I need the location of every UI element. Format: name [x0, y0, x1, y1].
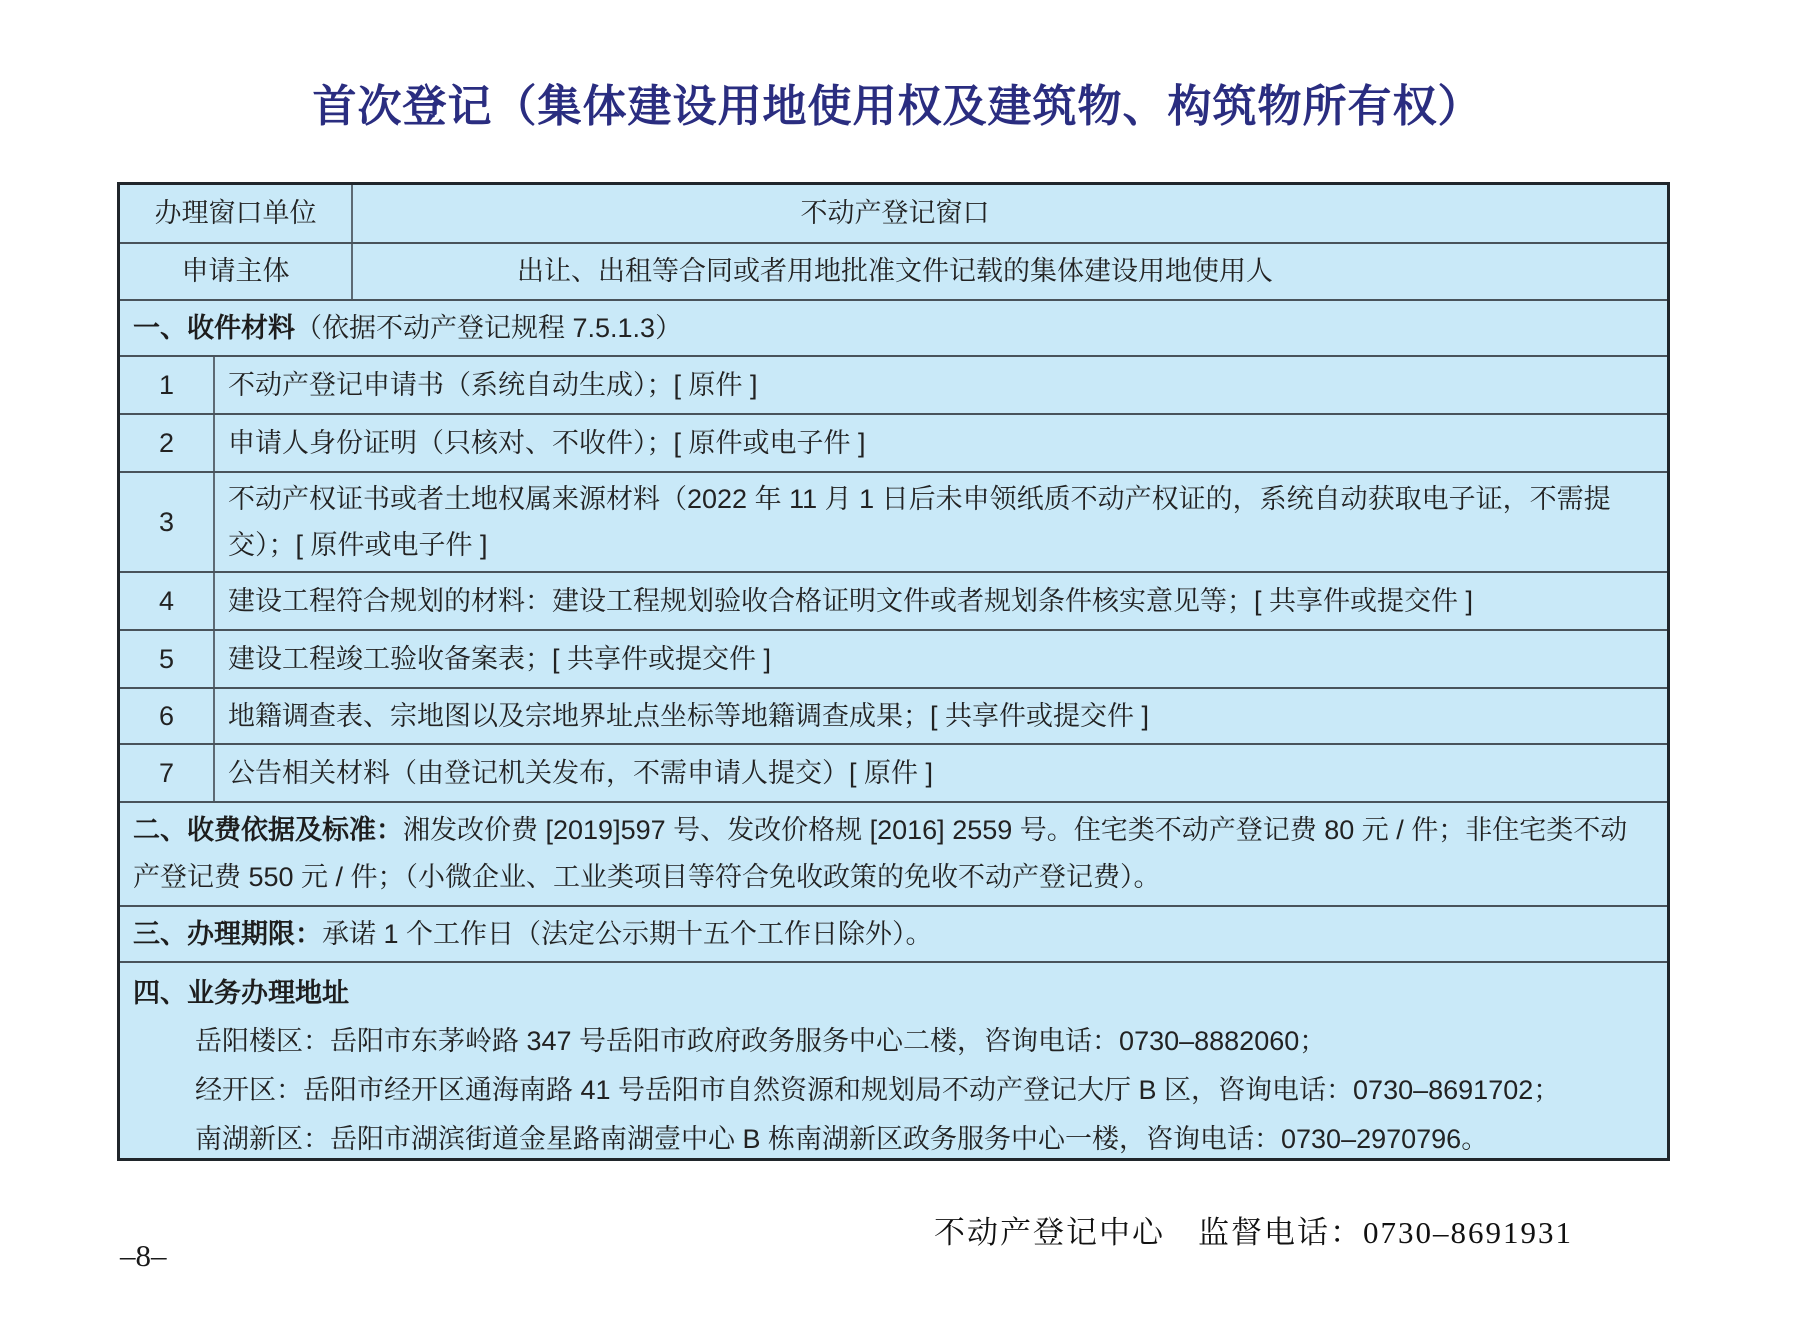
table-row-material-4: 4 建设工程符合规划的材料：建设工程规划验收合格证明文件或者规划条件核实意见等；… [120, 571, 1667, 629]
material-text: 申请人身份证明（只核对、不收件）；[ 原件或电子件 ] [228, 420, 866, 466]
address-line-jingkai: 经开区：岳阳市经开区通海南路 41 号岳阳市自然资源和规划局不动产登记大厅 B … [133, 1066, 1651, 1115]
material-number: 6 [120, 689, 215, 743]
material-text: 建设工程符合规划的材料：建设工程规划验收合格证明文件或者规划条件核实意见等；[ … [228, 578, 1473, 624]
section-heading-cell: 一、收件材料（依据不动产登记规程 7.5.1.3） [120, 301, 1667, 355]
material-text-cell: 不动产登记申请书（系统自动生成）；[ 原件 ] [215, 357, 1667, 413]
material-text-cell: 申请人身份证明（只核对、不收件）；[ 原件或电子件 ] [215, 415, 1667, 471]
material-text-cell: 建设工程符合规划的材料：建设工程规划验收合格证明文件或者规划条件核实意见等；[ … [215, 573, 1667, 629]
material-number: 3 [120, 473, 215, 571]
service-info-table: 办理窗口单位 不动产登记窗口 申请主体 出让、出租等合同或者用地批准文件记载的集… [117, 182, 1670, 1161]
section2-heading: 二、收费依据及标准： [133, 815, 403, 845]
section-heading-cell: 三、办理期限：承诺 1 个工作日（法定公示期十五个工作日除外）。 [120, 907, 1667, 961]
material-text: 不动产权证书或者土地权属来源材料（2022 年 11 月 1 日后未申领纸质不动… [228, 476, 1651, 568]
row-value: 出让、出租等合同或者用地批准文件记载的集体建设用地使用人 [353, 244, 1667, 299]
material-number: 7 [120, 745, 215, 801]
section-materials-header: 一、收件材料（依据不动产登记规程 7.5.1.3） [120, 299, 1667, 355]
material-text-cell: 地籍调查表、宗地图以及宗地界址点坐标等地籍调查成果；[ 共享件或提交件 ] [215, 689, 1667, 743]
address-line-yueyanglou: 岳阳楼区：岳阳市东茅岭路 347 号岳阳市政府政务服务中心二楼，咨询电话：073… [133, 1017, 1651, 1066]
table-row-material-5: 5 建设工程竣工验收备案表；[ 共享件或提交件 ] [120, 629, 1667, 687]
document-page: 首次登记（集体建设用地使用权及建筑物、构筑物所有权） 办理窗口单位 不动产登记窗… [0, 0, 1795, 1323]
section-deadline: 三、办理期限：承诺 1 个工作日（法定公示期十五个工作日除外）。 [120, 905, 1667, 961]
material-number: 2 [120, 415, 215, 471]
section-addresses: 四、业务办理地址 岳阳楼区：岳阳市东茅岭路 347 号岳阳市政府政务服务中心二楼… [120, 961, 1667, 1158]
material-text-cell: 公告相关材料（由登记机关发布，不需申请人提交）[ 原件 ] [215, 745, 1667, 801]
material-number: 1 [120, 357, 215, 413]
section-addresses-cell: 四、业务办理地址 岳阳楼区：岳阳市东茅岭路 347 号岳阳市政府政务服务中心二楼… [120, 963, 1667, 1158]
row-label: 办理窗口单位 [120, 185, 353, 242]
row-value: 不动产登记窗口 [353, 185, 1667, 242]
row-label: 申请主体 [120, 244, 353, 299]
table-row-material-3: 3 不动产权证书或者土地权属来源材料（2022 年 11 月 1 日后未申领纸质… [120, 471, 1667, 571]
address-line-nanhu: 南湖新区：岳阳市湖滨街道金星路南湖壹中心 B 栋南湖新区政务服务中心一楼，咨询电… [133, 1115, 1651, 1164]
table-row-material-2: 2 申请人身份证明（只核对、不收件）；[ 原件或电子件 ] [120, 413, 1667, 471]
material-number: 5 [120, 631, 215, 687]
material-text: 公告相关材料（由登记机关发布，不需申请人提交）[ 原件 ] [228, 750, 933, 796]
material-text: 不动产登记申请书（系统自动生成）；[ 原件 ] [228, 362, 758, 408]
supervision-phone-note: 不动产登记中心 监督电话：0730–8691931 [934, 1207, 1573, 1252]
material-text: 建设工程竣工验收备案表；[ 共享件或提交件 ] [228, 636, 771, 682]
page-title: 首次登记（集体建设用地使用权及建筑物、构筑物所有权） [0, 70, 1795, 134]
table-row-applicant: 申请主体 出让、出租等合同或者用地批准文件记载的集体建设用地使用人 [120, 242, 1667, 299]
table-row-material-7: 7 公告相关材料（由登记机关发布，不需申请人提交）[ 原件 ] [120, 743, 1667, 801]
section3-text: 承诺 1 个工作日（法定公示期十五个工作日除外）。 [322, 919, 933, 949]
table-row-material-6: 6 地籍调查表、宗地图以及宗地界址点坐标等地籍调查成果；[ 共享件或提交件 ] [120, 687, 1667, 743]
material-text-cell: 不动产权证书或者土地权属来源材料（2022 年 11 月 1 日后未申领纸质不动… [215, 473, 1667, 571]
material-text: 地籍调查表、宗地图以及宗地界址点坐标等地籍调查成果；[ 共享件或提交件 ] [228, 693, 1149, 739]
section-heading-cell: 二、收费依据及标准：湘发改价费 [2019]597 号、发改价格规 [2016]… [120, 803, 1667, 905]
table-row-window-unit: 办理窗口单位 不动产登记窗口 [120, 185, 1667, 242]
section1-note: （依据不动产登记规程 7.5.1.3） [295, 313, 682, 343]
material-number: 4 [120, 573, 215, 629]
section4-heading: 四、业务办理地址 [133, 969, 1651, 1017]
table-row-material-1: 1 不动产登记申请书（系统自动生成）；[ 原件 ] [120, 355, 1667, 413]
page-number: –8– [120, 1238, 167, 1274]
section-fees: 二、收费依据及标准：湘发改价费 [2019]597 号、发改价格规 [2016]… [120, 801, 1667, 905]
section3-heading: 三、办理期限： [133, 919, 322, 949]
material-text-cell: 建设工程竣工验收备案表；[ 共享件或提交件 ] [215, 631, 1667, 687]
section1-heading: 一、收件材料 [133, 313, 295, 343]
